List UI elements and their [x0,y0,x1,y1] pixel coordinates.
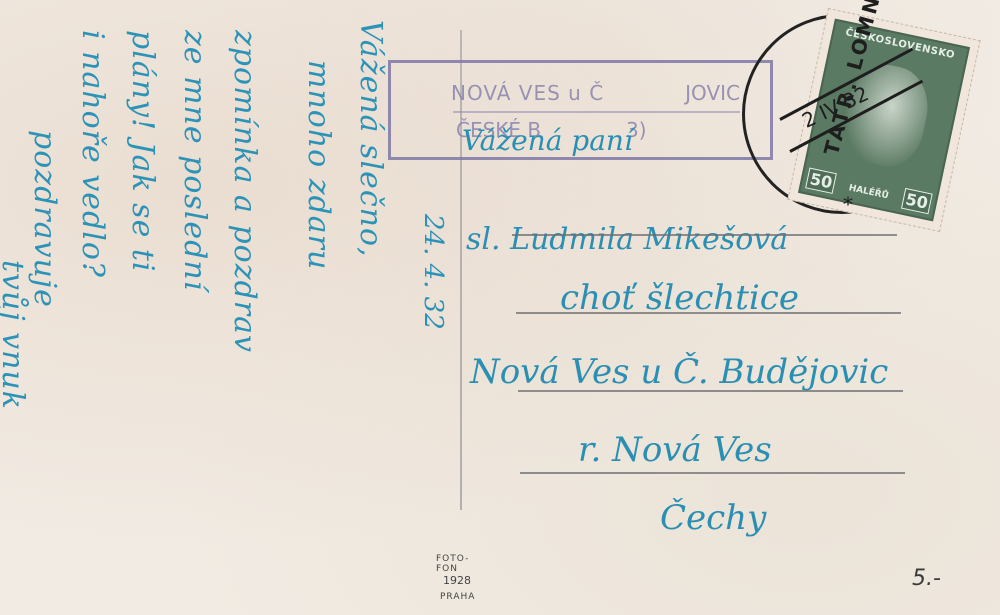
address-line: Čechy [660,498,766,538]
message-line: tvůj vnuk [0,260,30,410]
address-line: Nová Ves u Č. Budějovic [470,352,888,392]
message-line: Vážená slečno, [353,20,388,258]
message-line: pozdravuje [27,130,62,308]
message-line: plány! Jak se ti [125,30,160,273]
address-salutation: Vážená paní [462,124,633,157]
address-line: r. Nová Ves [578,430,772,470]
message-line: zpomínka a pozdrav [227,30,262,353]
postcard: Vážená slečno, mnoho zdaru zpomínka a po… [0,0,1000,615]
message-line: ze mne poslední [177,30,212,291]
address-rule [516,312,901,314]
postmark-line1-left: NOVÁ VES u Č [451,81,604,105]
stamp-value-right: 50 [901,188,933,214]
postmark-separator [453,111,740,113]
star-icon: * [843,192,853,216]
address-line: sl. Ludmila Mikešová [466,222,788,257]
postmark-line1-right: JOVIC [685,81,740,105]
address-rule [512,234,897,236]
pencil-marking: 5.- [912,566,941,591]
address-rule [518,390,903,392]
foto-stamp-year: 1928 [443,574,471,587]
foto-stamp-bottom: PRAHA [440,592,475,602]
foto-stamp-top: FOTO-FON [436,554,490,574]
message-line: i nahoře vedlo? [75,30,110,278]
photographer-stamp: FOTO-FON 1928 PRAHA [428,550,490,612]
message-line: mnoho zdaru [301,60,336,270]
address-rule [520,472,905,474]
message-date: 24. 4. 32 [418,214,448,330]
